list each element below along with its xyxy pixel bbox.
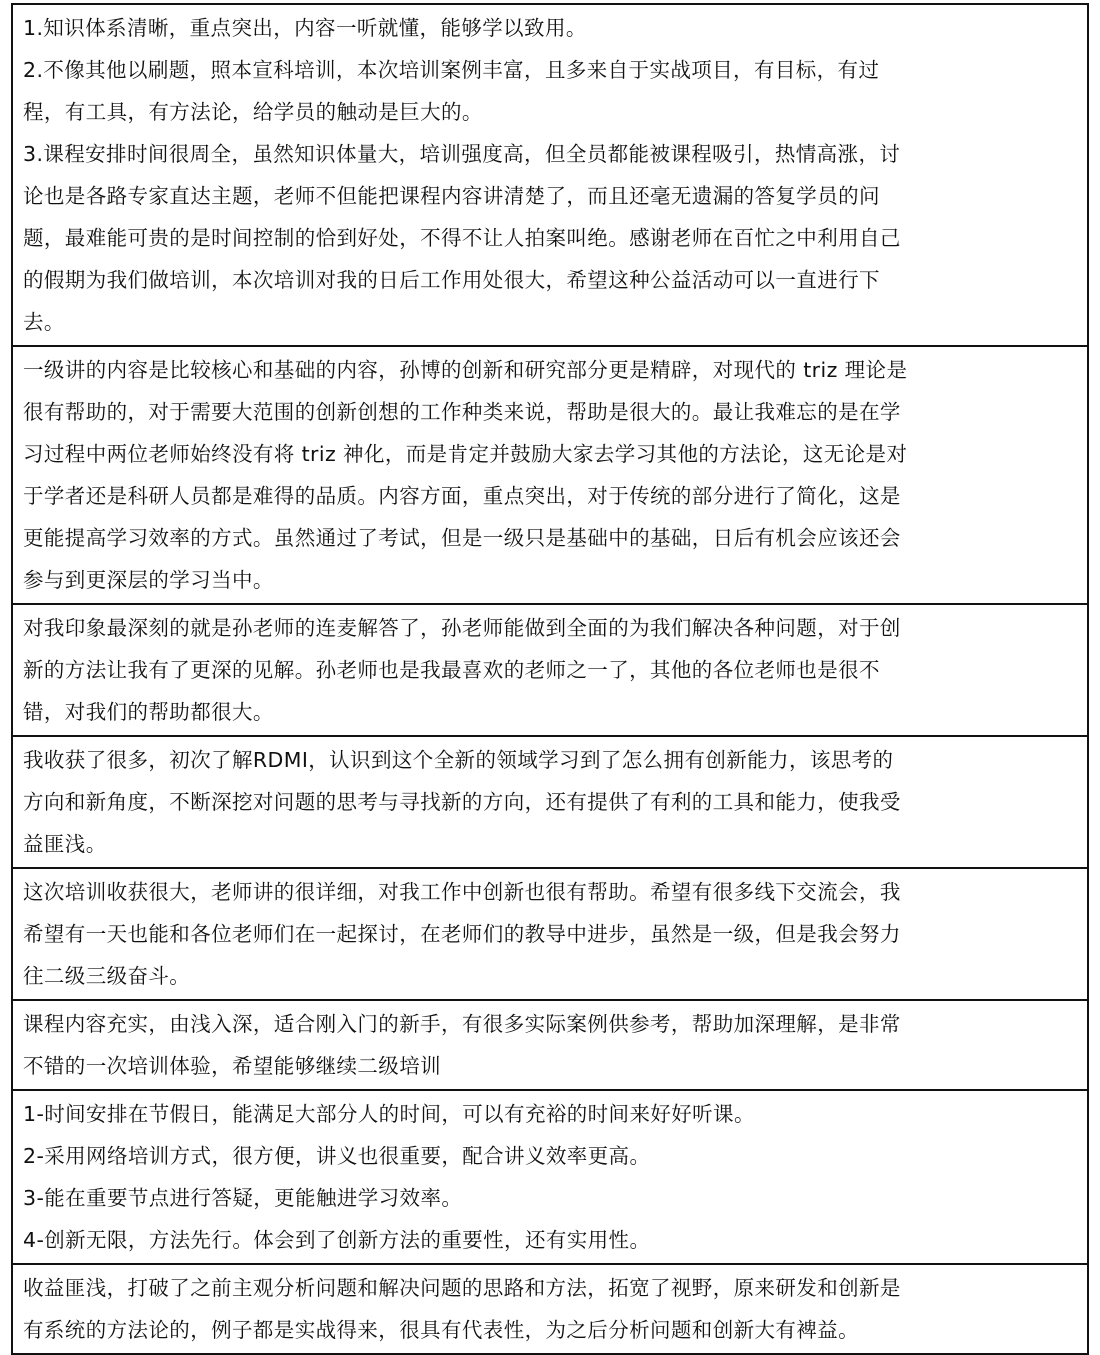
- feedback-line: 错，对我们的帮助都很大。: [23, 691, 1077, 733]
- feedback-line: 方向和新角度，不断深挖对问题的思考与寻找新的方向，还有提供了有利的工具和能力，使…: [23, 781, 1077, 823]
- feedback-row-7: 1-时间安排在节假日，能满足大部分人的时间，可以有充裕的时间来好好听课。 2-采…: [13, 1091, 1087, 1265]
- feedback-line: 3.课程安排时间很周全，虽然知识体量大，培训强度高，但全员都能被课程吸引，热情高…: [23, 133, 1077, 175]
- feedback-line: 1.知识体系清晰，重点突出，内容一听就懂，能够学以致用。: [23, 7, 1077, 49]
- feedback-line: 不错的一次培训体验，希望能够继续二级培训: [23, 1045, 1077, 1087]
- feedback-line: 新的方法让我有了更深的见解。孙老师也是我最喜欢的老师之一了，其他的各位老师也是很…: [23, 649, 1077, 691]
- feedback-line: 的假期为我们做培训，本次培训对我的日后工作用处很大，希望这种公益活动可以一直进行…: [23, 259, 1077, 301]
- feedback-line: 题，最难能可贵的是时间控制的恰到好处，不得不让人拍案叫绝。感谢老师在百忙之中利用…: [23, 217, 1077, 259]
- feedback-row-6: 课程内容充实，由浅入深，适合刚入门的新手，有很多实际案例供参考，帮助加深理解，是…: [13, 1001, 1087, 1091]
- feedback-line: 往二级三级奋斗。: [23, 955, 1077, 997]
- feedback-line: 2.不像其他以刷题，照本宣科培训，本次培训案例丰富，且多来自于实战项目，有目标，…: [23, 49, 1077, 91]
- feedback-line: 去。: [23, 301, 1077, 343]
- feedback-line: 益匪浅。: [23, 823, 1077, 865]
- feedback-line: 很有帮助的，对于需要大范围的创新创想的工作种类来说，帮助是很大的。最让我难忘的是…: [23, 391, 1077, 433]
- feedback-line: 收益匪浅，打破了之前主观分析问题和解决问题的思路和方法，拓宽了视野，原来研发和创…: [23, 1267, 1077, 1309]
- feedback-row-5: 这次培训收获很大，老师讲的很详细，对我工作中创新也很有帮助。希望有很多线下交流会…: [13, 869, 1087, 1001]
- feedback-line: 一级讲的内容是比较核心和基础的内容，孙博的创新和研究部分更是精辟，对现代的 tr…: [23, 349, 1077, 391]
- feedback-line: 于学者还是科研人员都是难得的品质。内容方面，重点突出，对于传统的部分进行了简化，…: [23, 475, 1077, 517]
- feedback-line: 这次培训收获很大，老师讲的很详细，对我工作中创新也很有帮助。希望有很多线下交流会…: [23, 871, 1077, 913]
- feedback-row-4: 我收获了很多，初次了解RDMI，认识到这个全新的领域学习到了怎么拥有创新能力，该…: [13, 737, 1087, 869]
- feedback-line: 我收获了很多，初次了解RDMI，认识到这个全新的领域学习到了怎么拥有创新能力，该…: [23, 739, 1077, 781]
- feedback-line: 论也是各路专家直达主题，老师不但能把课程内容讲清楚了，而且还毫无遗漏的答复学员的…: [23, 175, 1077, 217]
- feedback-line: 对我印象最深刻的就是孙老师的连麦解答了，孙老师能做到全面的为我们解决各种问题，对…: [23, 607, 1077, 649]
- feedback-line: 有系统的方法论的，例子都是实战得来，很具有代表性，为之后分析问题和创新大有裨益。: [23, 1309, 1077, 1326]
- feedback-line: 更能提高学习效率的方式。虽然通过了考试，但是一级只是基础中的基础，日后有机会应该…: [23, 517, 1077, 559]
- feedback-line: 3-能在重要节点进行答疑，更能触进学习效率。: [23, 1177, 1077, 1219]
- feedback-line: 课程内容充实，由浅入深，适合刚入门的新手，有很多实际案例供参考，帮助加深理解，是…: [23, 1003, 1077, 1045]
- feedback-line: 参与到更深层的学习当中。: [23, 559, 1077, 601]
- feedback-line: 4-创新无限，方法先行。体会到了创新方法的重要性，还有实用性。: [23, 1219, 1077, 1261]
- feedback-table: 1.知识体系清晰，重点突出，内容一听就懂，能够学以致用。 2.不像其他以刷题，照…: [11, 3, 1089, 1326]
- feedback-line: 2-采用网络培训方式，很方便，讲义也很重要，配合讲义效率更高。: [23, 1135, 1077, 1177]
- feedback-line: 希望有一天也能和各位老师们在一起探讨，在老师们的教导中进步，虽然是一级，但是我会…: [23, 913, 1077, 955]
- feedback-line: 1-时间安排在节假日，能满足大部分人的时间，可以有充裕的时间来好好听课。: [23, 1093, 1077, 1135]
- feedback-line: 习过程中两位老师始终没有将 triz 神化，而是肯定并鼓励大家去学习其他的方法论…: [23, 433, 1077, 475]
- feedback-row-1: 1.知识体系清晰，重点突出，内容一听就懂，能够学以致用。 2.不像其他以刷题，照…: [13, 5, 1087, 347]
- feedback-row-3: 对我印象最深刻的就是孙老师的连麦解答了，孙老师能做到全面的为我们解决各种问题，对…: [13, 605, 1087, 737]
- feedback-row-2: 一级讲的内容是比较核心和基础的内容，孙博的创新和研究部分更是精辟，对现代的 tr…: [13, 347, 1087, 605]
- feedback-line: 程，有工具，有方法论，给学员的触动是巨大的。: [23, 91, 1077, 133]
- feedback-row-8: 收益匪浅，打破了之前主观分析问题和解决问题的思路和方法，拓宽了视野，原来研发和创…: [13, 1265, 1087, 1326]
